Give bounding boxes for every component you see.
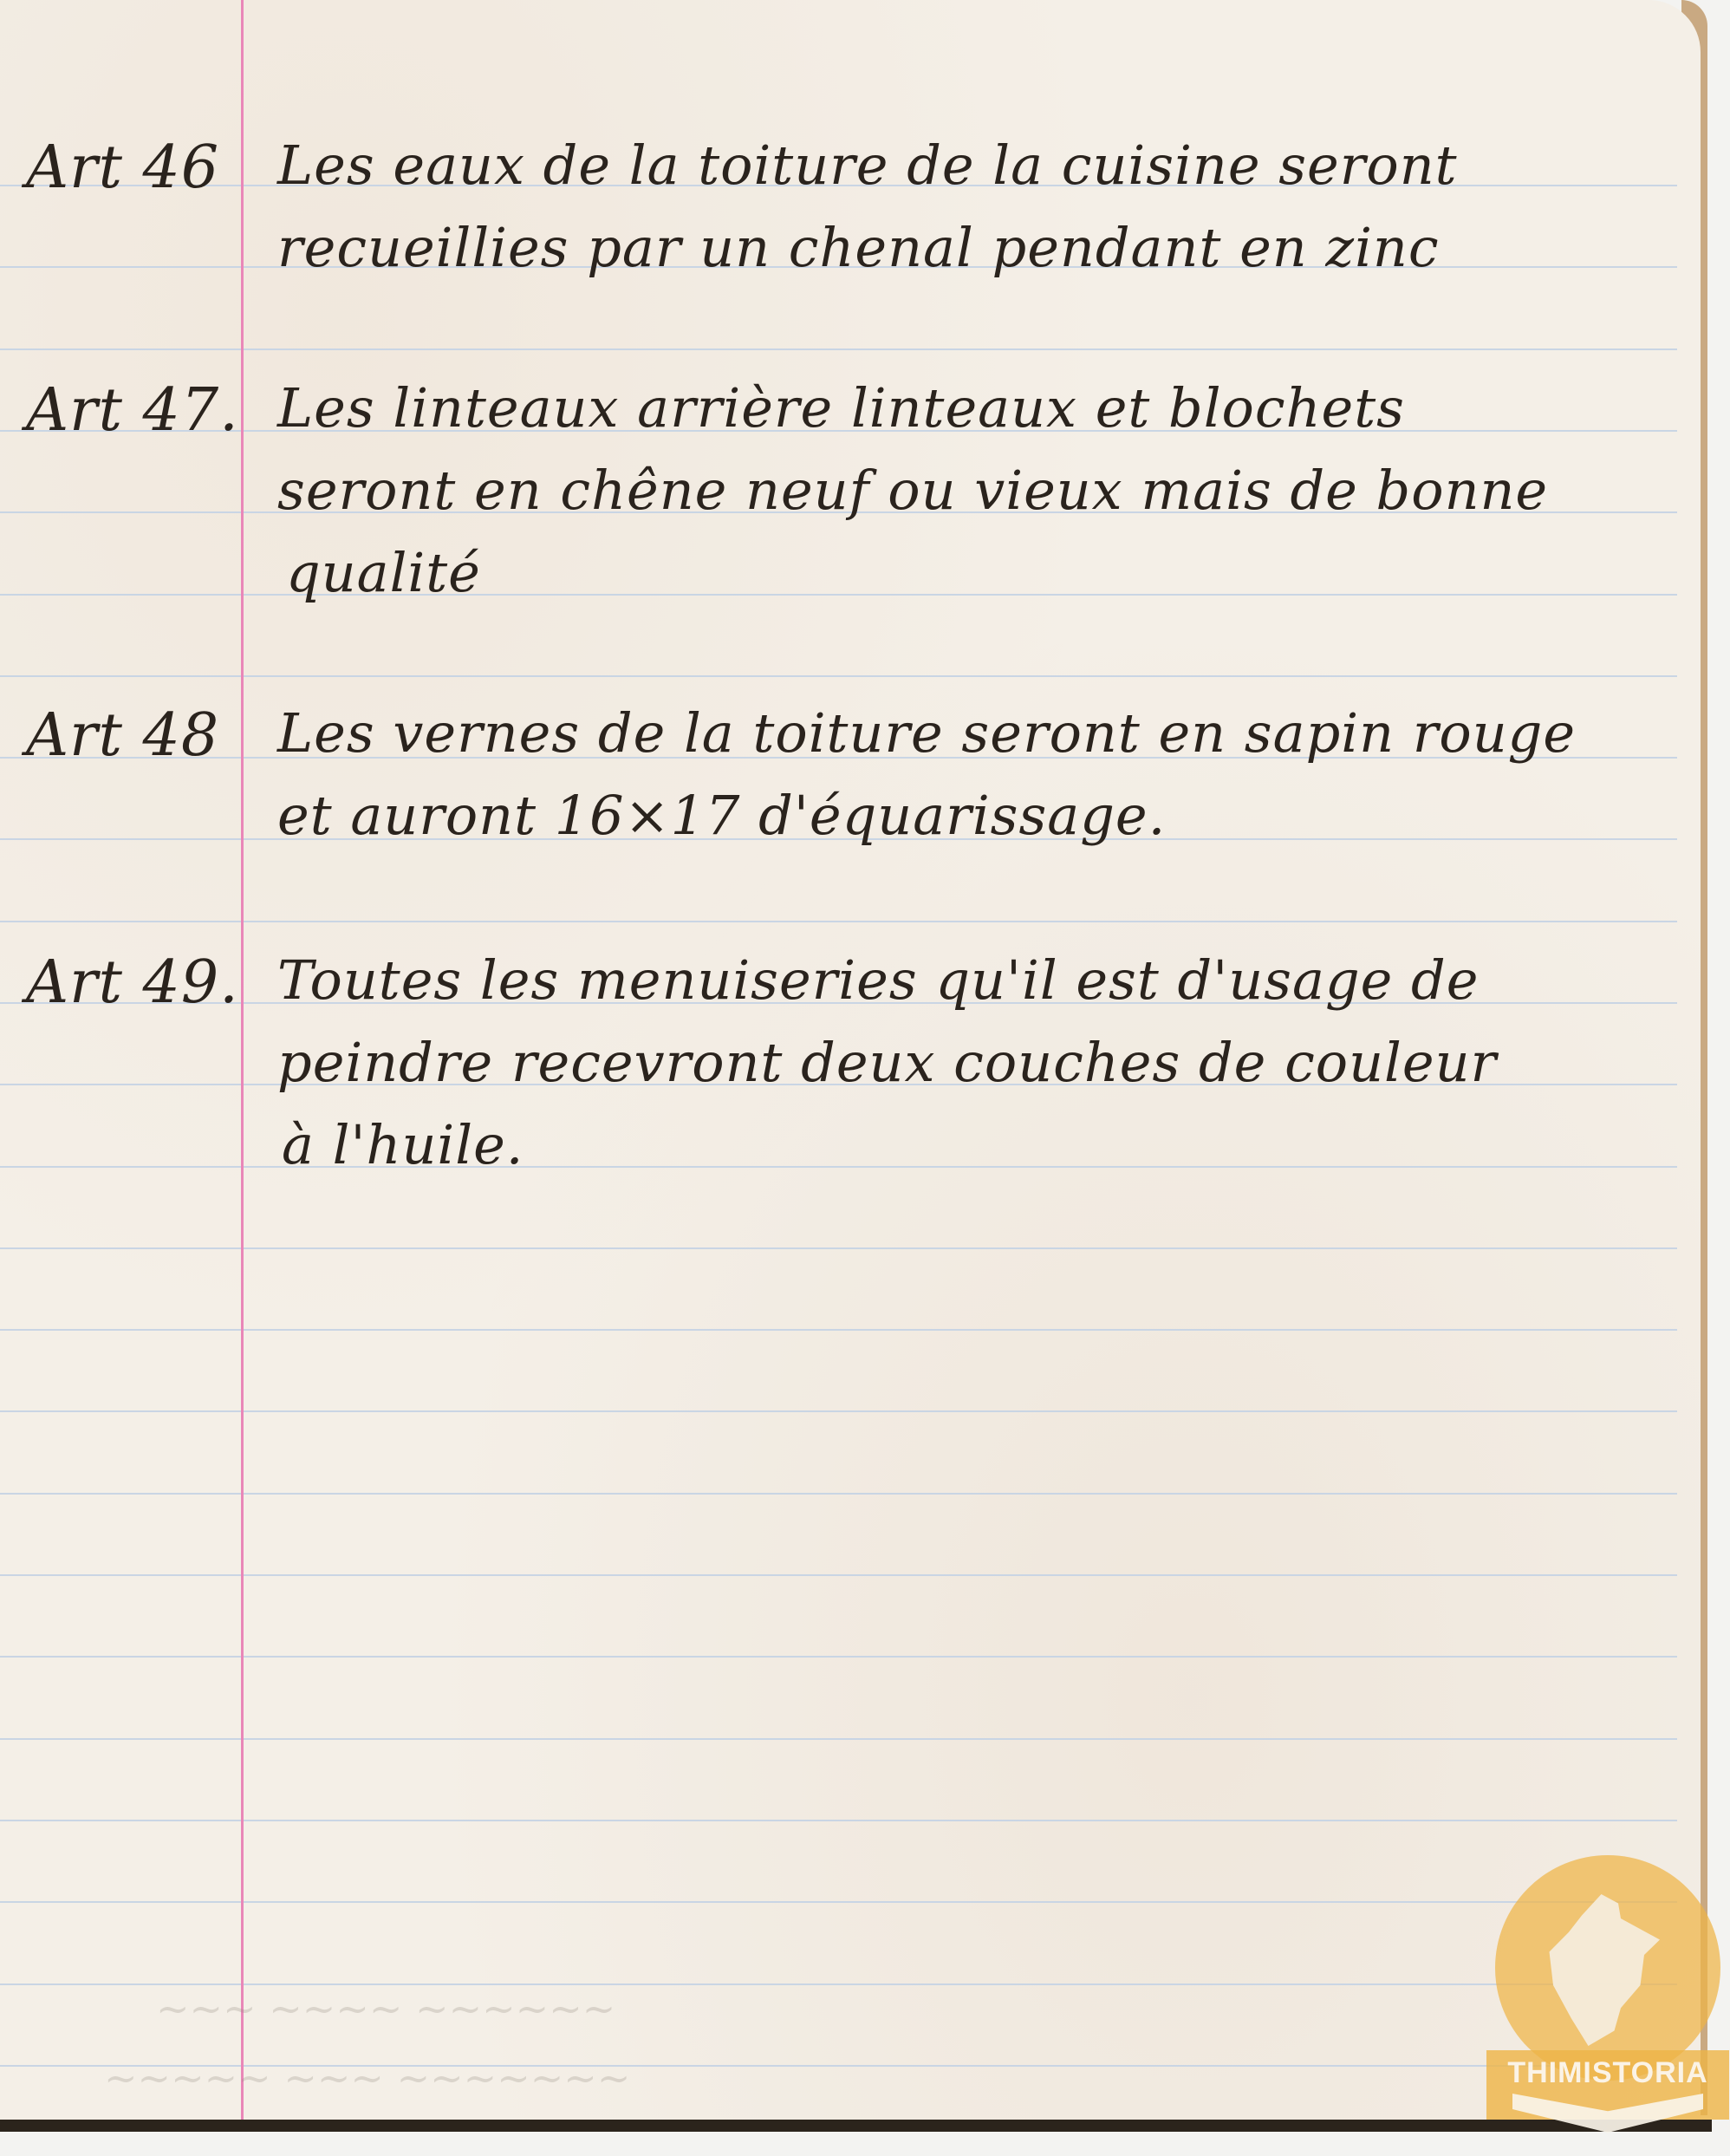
article-49-line-1: Toutes les menuiseries qu'il est d'usage… xyxy=(277,954,1479,1007)
bleed-through-line-1: ~~~ ~~~~ ~~~~~~ xyxy=(156,1985,615,2032)
notebook-bottom-edge xyxy=(0,2120,1712,2132)
notebook-page: Art 46 Les eaux de la toiture de la cuis… xyxy=(0,0,1701,2124)
rule-line xyxy=(0,1656,1677,1658)
article-49-line-3: à l'huile. xyxy=(282,1118,524,1172)
rule-line xyxy=(0,1247,1677,1249)
rule-line xyxy=(0,921,1677,922)
article-46-line-1: Les eaux de la toiture de la cuisine ser… xyxy=(277,139,1458,192)
article-47-line-2: seront en chêne neuf ou vieux mais de bo… xyxy=(277,464,1548,518)
article-49-line-2: peindre recevront deux couches de couleu… xyxy=(277,1036,1497,1090)
rule-line xyxy=(0,1166,1677,1168)
rule-line xyxy=(0,1329,1677,1331)
article-48-line-1: Les vernes de la toiture seront en sapin… xyxy=(277,707,1576,760)
rule-line xyxy=(0,1738,1677,1740)
margin-line xyxy=(241,0,244,2120)
article-47-line-3: qualité xyxy=(286,546,481,600)
article-46-label: Art 46 xyxy=(26,139,219,198)
rule-line xyxy=(0,1901,1677,1903)
article-47-label: Art 47. xyxy=(26,381,239,440)
thimistoria-watermark: THIMISTORIA xyxy=(1495,1855,1720,2133)
rule-line xyxy=(0,1574,1677,1576)
rule-line xyxy=(0,348,1677,350)
rule-line xyxy=(0,1820,1677,1821)
rule-line xyxy=(0,1410,1677,1412)
cover-tear xyxy=(1707,1313,1730,1409)
article-47-line-1: Les linteaux arrière linteaux et blochet… xyxy=(277,381,1405,435)
rule-line xyxy=(0,1493,1677,1495)
bleed-through-line-2: ~~~~~ ~~~ ~~~~~~~ xyxy=(104,2055,630,2101)
rule-line xyxy=(0,675,1677,677)
article-48-line-2: et auront 16×17 d'équarissage. xyxy=(277,789,1166,843)
logo-text: THIMISTORIA xyxy=(1495,2056,1720,2090)
article-48-label: Art 48 xyxy=(26,707,219,765)
article-46-line-2: recueillies par un chenal pendant en zin… xyxy=(277,221,1440,275)
article-49-label: Art 49. xyxy=(26,954,239,1013)
rule-line xyxy=(0,594,1677,596)
